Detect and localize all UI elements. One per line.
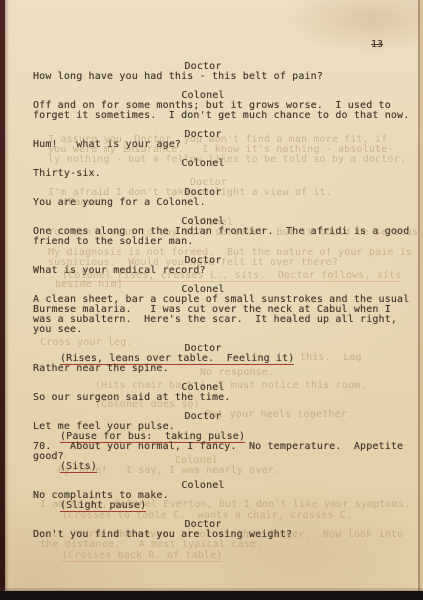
script-page-scan: I assure you, Doctor, you won't find a m…: [0, 0, 423, 600]
script-line-dialogue: you see.: [33, 325, 393, 335]
binding-edge-left-shadow: [5, 0, 9, 600]
script-line-dialogue: You are young for a Colonel.: [33, 198, 393, 208]
page-edge-right: [418, 0, 420, 600]
script-line-direction: (Slight pause): [33, 501, 393, 511]
ghost-text-line: the distance. A most typical case.: [40, 540, 262, 550]
script-line-dialogue: Hum! what is your age?: [33, 140, 393, 150]
script-line-dialogue: friend to the soldier man.: [33, 237, 393, 247]
ghost-text-line: (Crosses back R. of table): [62, 551, 222, 562]
red-underlined-direction: (Sits): [60, 461, 97, 473]
script-line-dialogue: Thirty-six.: [33, 169, 393, 179]
page-edge-bottom: [0, 591, 423, 600]
script-column: DoctorHow long have you had this - this …: [33, 62, 393, 540]
page-number: 13: [371, 40, 383, 50]
script-line-dialogue: Don't you find that you are losing weigh…: [33, 530, 393, 540]
script-line-dialogue: 70. About your normal, I fancy. No tempe…: [33, 442, 393, 452]
script-line-dialogue: Rather near the spine.: [33, 364, 393, 374]
script-line-dialogue: How long have you had this - this belt o…: [33, 72, 393, 82]
script-line-dialogue: What is your medical record?: [33, 266, 393, 276]
script-line-dialogue: forget it sometimes. I don't get much ch…: [33, 111, 393, 121]
script-line-dialogue: was a subaltern. Here's the scar. It hea…: [33, 315, 393, 325]
script-line-direction: (Sits): [33, 462, 393, 472]
red-underlined-direction: (Slight pause): [60, 500, 146, 512]
script-line-dialogue: So our surgeon said at the time.: [33, 393, 393, 403]
